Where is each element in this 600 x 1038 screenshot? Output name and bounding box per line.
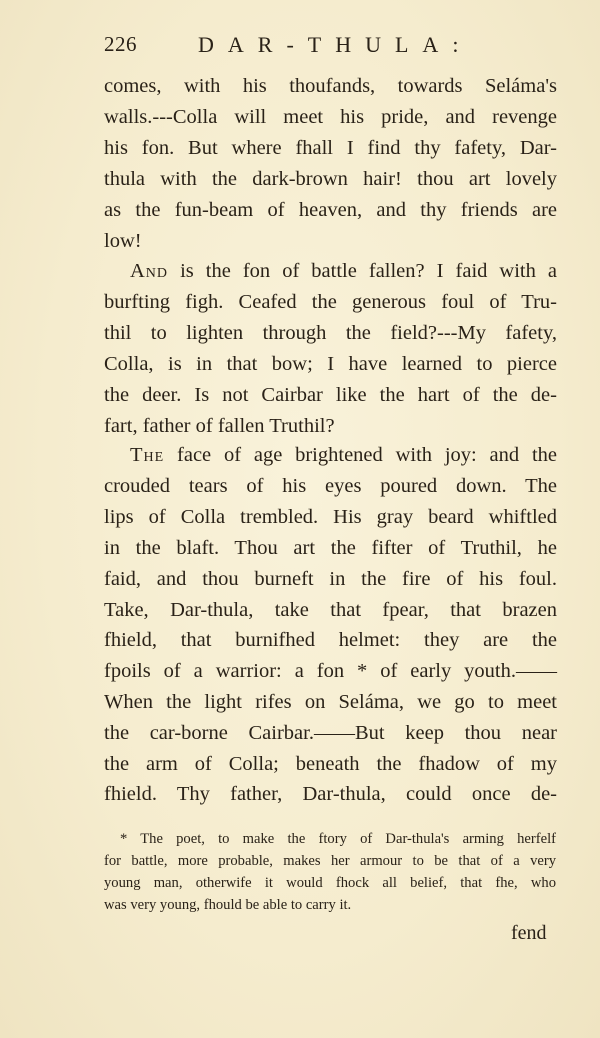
footnote-line: * The poet, to make the ftory of Dar-thu… [120,830,556,848]
text-line: lips of Colla trembled. His gray beard w… [104,505,557,529]
paragraph-start: And is the fon of battle fallen? I faid … [130,259,557,283]
running-title: DAR-THULA: [198,32,472,58]
footnote-line: young man, otherwife it would fhock all … [104,874,556,892]
text-line: thil to lighten through the field?---My … [104,321,557,345]
text-line: comes, with his thoufands, towards Selám… [104,74,557,98]
text-line: the deer. Is not Cairbar like the hart o… [104,383,557,407]
text-line: his fon. But where fhall I find thy fafe… [104,136,557,160]
small-caps-opening: And [130,260,168,282]
catchword: fend [511,922,547,945]
text-line: fart, father of fallen Truthil? [104,414,557,438]
text-line: When the light rifes on Seláma, we go to… [104,690,557,714]
text-line: as the fun-beam of heaven, and thy frien… [104,198,557,222]
text-line: Colla, is in that bow; I have learned to… [104,352,557,376]
text-line: low! [104,229,557,253]
text-line: crouded tears of his eyes poured down. T… [104,474,557,498]
text-line: thula with the dark-brown hair! thou art… [104,167,557,191]
text-line: the arm of Colla; beneath the fhadow of … [104,752,557,776]
footnote-line: was very young, fhould be able to carry … [104,896,556,914]
text-line: fhield, that burnifhed helmet: they are … [104,628,557,652]
text-line: Take, Dar-thula, take that fpear, that b… [104,598,557,622]
text-line: burfting figh. Ceafed the generous foul … [104,290,557,314]
paragraph-start: The face of age brightened with joy: and… [130,443,557,467]
text-line: in the blaft. Thou art the fifter of Tru… [104,536,557,560]
small-caps-opening: The [130,444,164,466]
footnote-line: for battle, more probable, makes her arm… [104,852,556,870]
book-page: 226 DAR-THULA: comes, with his thoufands… [0,0,600,1038]
text-line: the car-borne Cairbar.——But keep thou ne… [104,721,557,745]
page-number: 226 [104,32,137,57]
text-line: fpoils of a warrior: a fon * of early yo… [104,659,557,683]
text-line: walls.---Colla will meet his pride, and … [104,105,557,129]
text-line: fhield. Thy father, Dar-thula, could onc… [104,782,557,806]
page-header: 226 DAR-THULA: [104,32,554,62]
text-line: faid, and thou burneft in the fire of hi… [104,567,557,591]
